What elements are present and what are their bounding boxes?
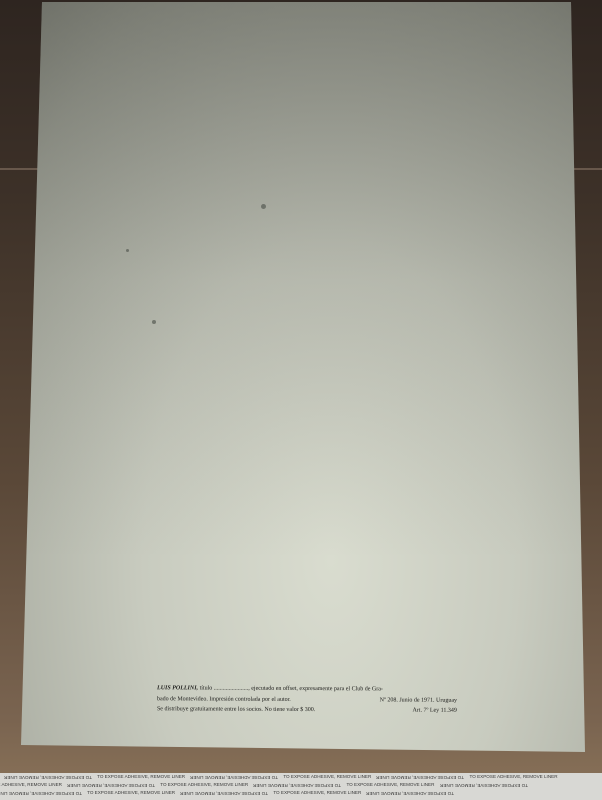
- adhesive-tape-liner: TO EXPOSE ADHESIVE, REMOVE LINER TO EXPO…: [0, 773, 602, 800]
- colophon-line-3: Se distribuye gratuitamente entre los so…: [157, 704, 457, 716]
- artist-name: LUIS POLLINI,: [157, 685, 198, 691]
- tape-text-row: TO EXPOSE ADHESIVE, REMOVE LINER TO EXPO…: [0, 789, 602, 797]
- tape-text-row: TO EXPOSE ADHESIVE, REMOVE LINER TO EXPO…: [0, 773, 602, 781]
- edition-number: Nº 208. Junio de 1971. Uruguay: [380, 695, 457, 706]
- paper-spot: [261, 204, 266, 209]
- paper-spot: [126, 249, 129, 252]
- colophon-line-2-left: bado de Montevideo. Impresión controlada…: [157, 694, 291, 705]
- colophon-text: LUIS POLLINI, título ...................…: [157, 683, 457, 716]
- colophon-line-1-text: título ......................., ejecutad…: [198, 685, 383, 692]
- tape-text-row: TO EXPOSE ADHESIVE, REMOVE LINER TO EXPO…: [0, 781, 602, 789]
- legal-reference: Art. 7º Ley 11.349: [412, 706, 457, 717]
- paper-spot: [152, 320, 156, 324]
- paper-sheet: [0, 0, 602, 800]
- colophon-line-3-left: Se distribuye gratuitamente entre los so…: [157, 704, 315, 715]
